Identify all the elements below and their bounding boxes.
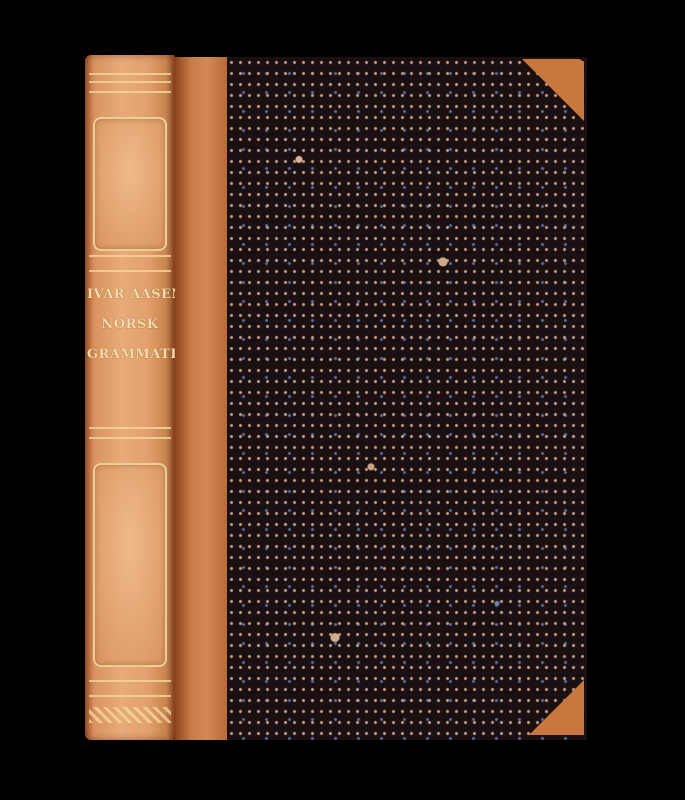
leather-corner-top <box>522 59 584 121</box>
gilt-band <box>89 81 171 83</box>
leather-corner-bottom <box>529 680 584 735</box>
gilt-band <box>89 255 171 257</box>
gilt-tail-ornament <box>89 707 171 723</box>
spine-title-line1: NORSK <box>87 317 173 332</box>
gilt-band <box>89 427 171 429</box>
gilt-panel-top <box>93 117 167 251</box>
gilt-band <box>89 437 171 439</box>
gilt-band <box>89 695 171 697</box>
gilt-panel-bottom <box>93 463 167 667</box>
leather-hinge <box>175 57 227 740</box>
spine-author: IVAR AASEN. <box>87 287 173 302</box>
gilt-band <box>89 91 171 93</box>
book-spine: IVAR AASEN. NORSK GRAMMATIK <box>85 55 175 740</box>
marbled-cover-board <box>227 57 587 740</box>
gilt-band <box>89 680 171 682</box>
spine-title-line2: GRAMMATIK <box>87 347 173 362</box>
book: IVAR AASEN. NORSK GRAMMATIK <box>85 55 590 745</box>
gilt-band <box>89 73 171 75</box>
gilt-band <box>89 270 171 272</box>
